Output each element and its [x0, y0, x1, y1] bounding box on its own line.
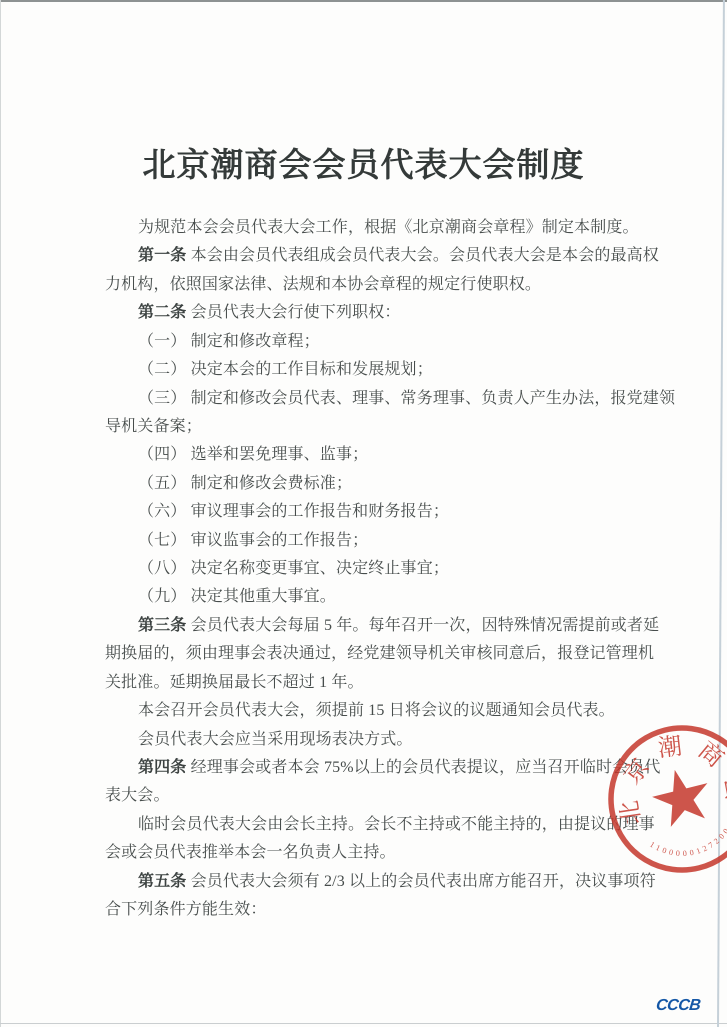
article-number: 第五条 [138, 873, 186, 890]
seal-serial-number: 1100000127200 [647, 820, 727, 867]
line-text: 表大会。 [105, 787, 170, 804]
line-text: 会员代表大会行使下列职权： [186, 304, 400, 321]
line-text: 期换届的，须由理事会表决通过，经党建领导机关审核同意后，报登记管理机 [105, 645, 654, 662]
line-text: 合下列条件方能生效： [105, 901, 267, 918]
line-text: （四） 选举和罢免理事、监事； [138, 446, 368, 463]
line-text: 导机关备案； [105, 418, 202, 435]
text-line: 导机关备案； [105, 413, 627, 441]
article-number: 第一条 [138, 247, 186, 264]
text-line: （六） 审议理事会的工作报告和财务报告； [105, 498, 627, 526]
cccb-logo: CCCB [655, 997, 701, 1015]
text-line: 为规范本会会员代表大会工作，根据《北京潮商会章程》制定本制度。 [105, 214, 627, 242]
line-text: （八） 决定名称变更事宜、决定终止事宜； [138, 560, 449, 577]
text-line: 临时会员代表大会由会长主持。会长不主持或不能主持的，由提议的理事 [105, 811, 627, 839]
scan-edge-bottom [0, 1023, 727, 1024]
text-line: 关批准。延期换届最长不超过 1 年。 [105, 669, 627, 697]
text-line: （八） 决定名称变更事宜、决定终止事宜； [105, 555, 627, 583]
article-number: 第二条 [138, 304, 186, 321]
text-line: 期换届的，须由理事会表决通过，经党建领导机关审核同意后，报登记管理机 [105, 640, 627, 668]
line-text: 本会召开会员代表大会，须提前 15 日将会议的议题通知会员代表。 [138, 702, 615, 719]
text-line: 第一条 本会由会员代表组成会员代表大会。会员代表大会是本会的最高权 [105, 242, 627, 270]
line-text: （六） 审议理事会的工作报告和财务报告； [138, 503, 449, 520]
text-line: 本会召开会员代表大会，须提前 15 日将会议的议题通知会员代表。 [105, 697, 627, 725]
scanned-document-page: 北京潮商会会员代表大会制度 为规范本会会员代表大会工作，根据《北京潮商会章程》制… [0, 0, 727, 1027]
line-text: 为规范本会会员代表大会工作，根据《北京潮商会章程》制定本制度。 [138, 219, 639, 236]
text-line: 第二条 会员代表大会行使下列职权： [105, 299, 627, 327]
text-line: 合下列条件方能生效： [105, 896, 627, 924]
line-text: 力机构，依照国家法律、法规和本协会章程的规定行使职权。 [105, 276, 541, 293]
line-text: （三） 制定和修改会员代表、理事、常务理事、负责人产生办法，报党建领 [138, 390, 675, 407]
scan-edge-top [0, 0, 727, 2]
text-line: （九） 决定其他重大事宜。 [105, 583, 627, 611]
text-line: （一） 制定和修改章程； [105, 328, 627, 356]
text-line: 第五条 会员代表大会须有 2/3 以上的会员代表出席方能召开，决议事项符 [105, 868, 627, 896]
document-title: 北京潮商会会员代表大会制度 [0, 139, 727, 186]
text-line: （二） 决定本会的工作目标和发展规划； [105, 356, 627, 384]
text-line: （四） 选举和罢免理事、监事； [105, 441, 627, 469]
line-text: 会员代表大会须有 2/3 以上的会员代表出席方能召开，决议事项符 [186, 873, 655, 890]
article-number: 第四条 [138, 759, 186, 776]
text-line: 第四条 经理事会或者本会 75%以上的会员代表提议，应当召开临时会员代 [105, 754, 627, 782]
text-line: （三） 制定和修改会员代表、理事、常务理事、负责人产生办法，报党建领 [105, 385, 627, 413]
line-text: （二） 决定本会的工作目标和发展规划； [138, 361, 433, 378]
line-text: 临时会员代表大会由会长主持。会长不主持或不能主持的，由提议的理事 [138, 816, 655, 833]
line-text: 经理事会或者本会 75%以上的会员代表提议，应当召开临时会员代 [186, 759, 660, 776]
line-text: 会员代表大会每届 5 年。每年召开一次，因特殊情况需提前或者延 [186, 617, 659, 634]
article-number: 第三条 [138, 617, 186, 634]
line-text: （一） 制定和修改章程； [138, 333, 320, 350]
line-text: 会员代表大会应当采用现场表决方式。 [138, 731, 413, 748]
line-text: 关批准。延期换届最长不超过 1 年。 [105, 674, 364, 691]
text-line: （七） 审议监事会的工作报告； [105, 527, 627, 555]
text-line: 会或会员代表推举本会一名负责人主持。 [105, 839, 627, 867]
text-line: 会员代表大会应当采用现场表决方式。 [105, 726, 627, 754]
text-line: （五） 制定和修改会费标准； [105, 470, 627, 498]
document-body: 为规范本会会员代表大会工作，根据《北京潮商会章程》制定本制度。 第一条 本会由会… [105, 214, 627, 925]
line-text: （九） 决定其他重大事宜。 [138, 588, 336, 605]
line-text: （五） 制定和修改会费标准； [138, 475, 352, 492]
text-line: 第三条 会员代表大会每届 5 年。每年召开一次，因特殊情况需提前或者延 [105, 612, 627, 640]
text-line: 力机构，依照国家法律、法规和本协会章程的规定行使职权。 [105, 271, 627, 299]
line-text: （七） 审议监事会的工作报告； [138, 532, 368, 549]
line-text: 本会由会员代表组成会员代表大会。会员代表大会是本会的最高权 [186, 247, 659, 264]
text-line: 表大会。 [105, 782, 627, 810]
line-text: 会或会员代表推举本会一名负责人主持。 [105, 844, 396, 861]
